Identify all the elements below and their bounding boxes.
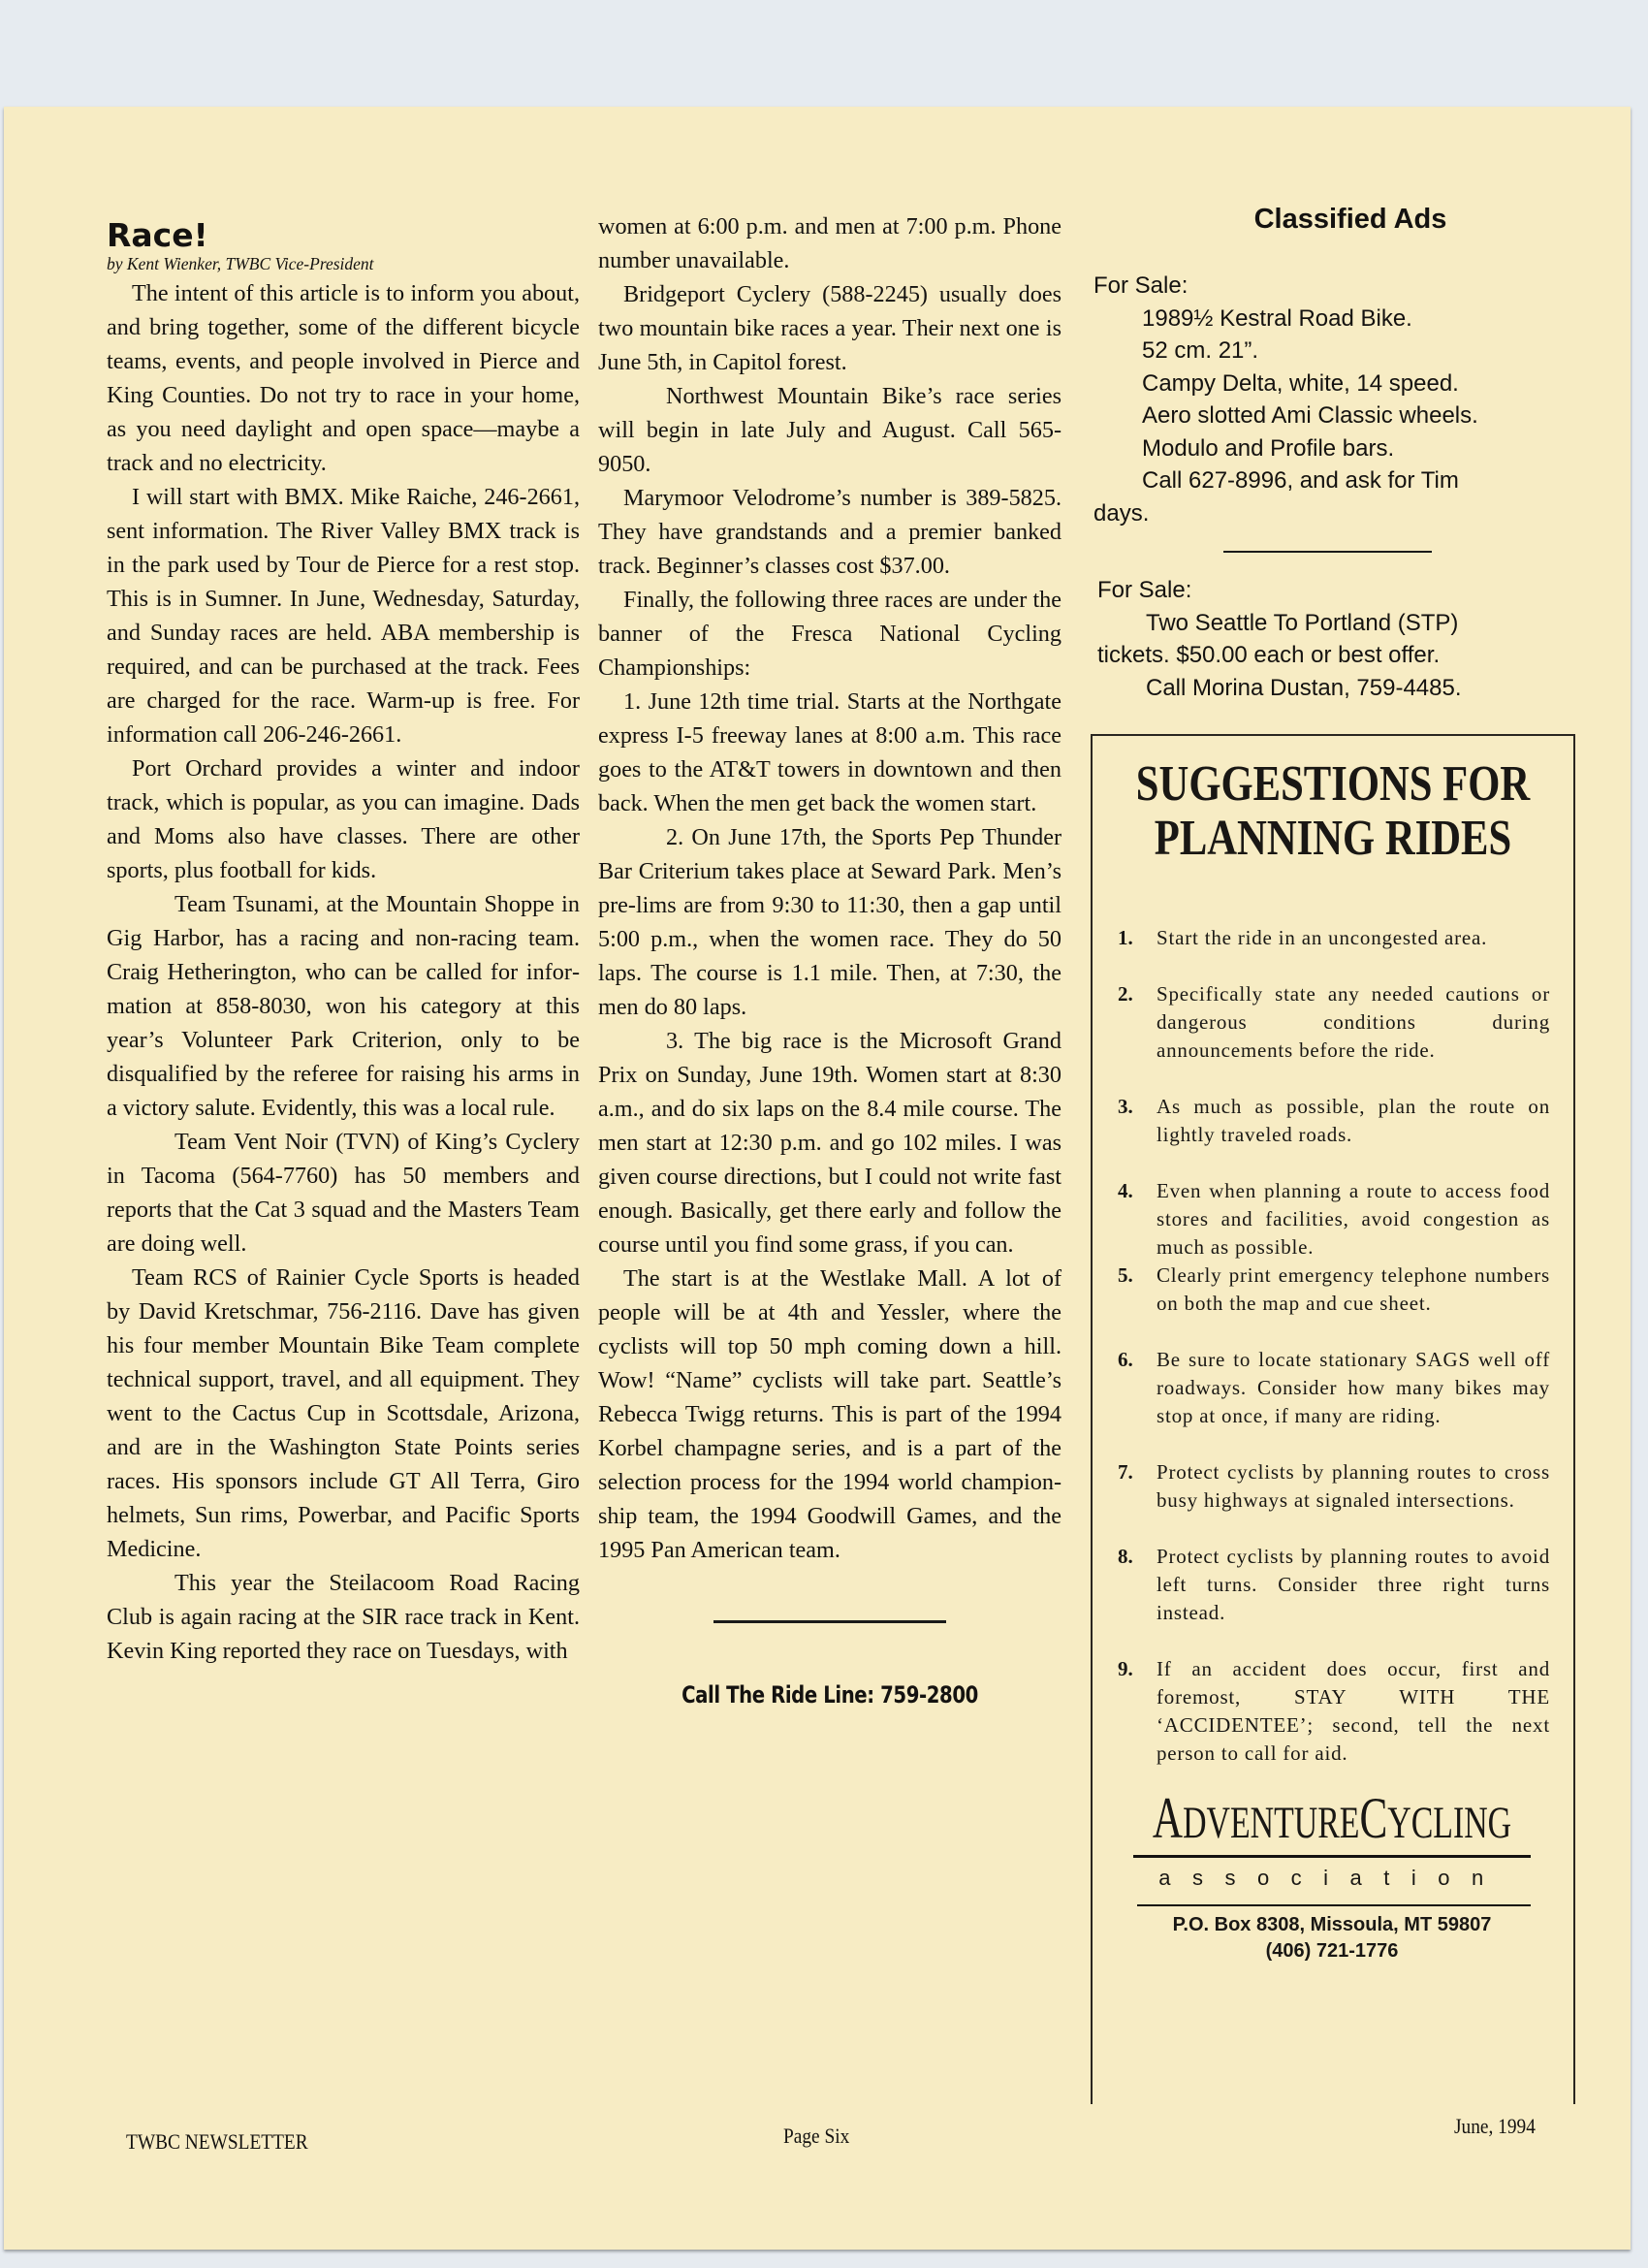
article-paragraph: Team Tsunami, at the Mountain Shoppe in … [107,887,580,1125]
ad-line: days. [1093,497,1578,530]
ad-line: Two Seattle To Portland (STP) [1097,607,1578,640]
suggestion-item: 8.Protect cyclists by planning routes to… [1118,1543,1550,1627]
logo-rule [1137,1904,1531,1906]
classifieds-title: Classified Ads [1093,204,1578,236]
classified-ads: Classified Ads For Sale: 1989½ Kestral R… [1093,204,1578,704]
adventure-cycling-logo: ADVENTURECYCLING association P.O. Box 83… [1093,1788,1573,1965]
ad-contact: Call 627-8996, and ask for Tim [1093,464,1578,497]
suggestion-number: 4. [1118,1177,1157,1262]
section-divider [713,1620,946,1623]
logo-rule [1133,1855,1531,1858]
article-paragraph: Northwest Mountain Bike’s race series wi… [598,379,1062,481]
footer-publication: TWBC NEWSLETTER [126,2129,308,2155]
ad-divider [1223,551,1432,553]
suggestion-item: 2.Specifically state any needed cau­tion… [1118,980,1550,1065]
suggestion-number: 7. [1118,1458,1157,1515]
suggestions-list: 1.Start the ride in an uncongested area.… [1093,924,1573,1768]
sponsor-phone: (406) 721-1776 [1133,1938,1531,1965]
suggestion-text: Be sure to locate stationary SAGS well o… [1157,1346,1550,1430]
wordmark-rest: DVENTURE [1183,1798,1359,1848]
article-paragraph: Team Vent Noir (TVN) of King’s Cyclery i… [107,1125,580,1261]
suggestion-text: Even when planning a route to access foo… [1157,1177,1550,1262]
suggestion-number: 9. [1118,1655,1157,1768]
suggestion-item: 5.Clearly print emergency telephone numb… [1118,1262,1550,1318]
suggestion-number: 1. [1118,924,1157,952]
race-list-item: 3. The big race is the Microsoft Grand P… [598,1024,1062,1262]
suggestions-title: SUGGESTIONS FOR PLANNING RIDES [1136,757,1531,866]
footer-date: June, 1994 [1454,2114,1536,2139]
article-paragraph: women at 6:00 p.m. and men at 7:00 p.m. … [598,209,1062,277]
article-byline: by Kent Wienker, TWBC Vice-President [107,253,580,274]
sponsor-address: P.O. Box 8308, Missoula, MT 59807 [1133,1912,1531,1938]
suggestion-text: Specifically state any needed cau­tions … [1157,980,1550,1065]
article-paragraph: Marymoor Velodrome’s number is 389-5825.… [598,481,1062,583]
ad-line: tickets. $50.00 each or best offer. [1097,639,1578,672]
ad-line: Campy Delta, white, 14 speed. [1093,367,1578,400]
classified-ad-stp-tickets: For Sale: Two Seattle To Portland (STP) … [1097,574,1578,704]
suggestion-item: 3.As much as possible, plan the route on… [1118,1093,1550,1149]
wordmark-rest: YCLING [1387,1798,1511,1848]
classified-ad-bike: For Sale: 1989½ Kestral Road Bike. 52 cm… [1093,270,1578,529]
suggestion-text: As much as possible, plan the route on l… [1157,1093,1550,1149]
ride-line-callout: Call The Ride Line: 759-2800 [640,1681,1020,1709]
race-list-item: 2. On June 17th, the Sports Pep Thunder … [598,820,1062,1024]
suggestion-text: Protect cyclists by planning routes to c… [1157,1458,1550,1515]
ad-heading: For Sale: [1093,270,1578,303]
suggestions-title-line: PLANNING RIDES [1136,812,1531,866]
suggestion-item: 9.If an accident does occur, first and f… [1118,1655,1550,1768]
suggestions-title-line: SUGGESTIONS FOR [1136,757,1531,812]
suggestion-item: 7.Protect cyclists by planning routes to… [1118,1458,1550,1515]
article-paragraph: Port Orchard provides a winter and indoo… [107,751,580,887]
wordmark-cap: A [1153,1786,1183,1850]
ad-line: Modulo and Profile bars. [1093,432,1578,465]
ad-heading: For Sale: [1097,574,1578,607]
suggestion-text: Clearly print emergency telephone number… [1157,1262,1550,1318]
article-title: Race! [107,218,580,253]
article-paragraph: Team RCS of Rainier Cycle Sports is head… [107,1261,580,1566]
article-paragraph: Bridgeport Cyclery (588-2245) usu­ally d… [598,277,1062,379]
adventure-cycling-wordmark: ADVENTURECYCLING [1147,1788,1517,1853]
ad-line: Aero slotted Ami Classic wheels. [1093,399,1578,432]
footer-page-number: Page Six [783,2124,849,2149]
suggestion-number: 3. [1118,1093,1157,1149]
article-paragraph: I will start with BMX. Mike Raiche, 246-… [107,480,580,751]
suggestion-item: 1.Start the ride in an uncongested area. [1118,924,1550,952]
suggestion-item: 6.Be sure to locate stationary SAGS well… [1118,1346,1550,1430]
logo-tagline: association [1133,1862,1531,1895]
suggestion-number: 5. [1118,1262,1157,1318]
suggestion-text: If an accident does occur, first and for… [1157,1655,1550,1768]
race-article-column-1: Race! by Kent Wienker, TWBC Vice-Preside… [107,218,580,1668]
wordmark-cap: C [1359,1786,1387,1850]
suggestion-number: 8. [1118,1543,1157,1627]
suggestion-item: 4.Even when planning a route to access f… [1118,1177,1550,1262]
ad-contact: Call Morina Dustan, 759-4485. [1097,672,1578,705]
suggestion-text: Start the ride in an uncongested area. [1157,924,1550,952]
ad-line: 1989½ Kestral Road Bike. [1093,303,1578,335]
article-paragraph: The start is at the Westlake Mall. A lot… [598,1262,1062,1567]
suggestions-box: SUGGESTIONS FOR PLANNING RIDES 1.Start t… [1091,734,1575,2104]
suggestion-text: Protect cyclists by planning routes to a… [1157,1543,1550,1627]
race-list-item: 1. June 12th time trial. Starts at the N… [598,685,1062,820]
ad-line: 52 cm. 21”. [1093,335,1578,367]
article-paragraph: This year the Steilacoom Road Racing Clu… [107,1566,580,1668]
article-paragraph: Finally, the following three races are u… [598,583,1062,685]
race-article-column-2: women at 6:00 p.m. and men at 7:00 p.m. … [598,209,1062,1709]
suggestion-number: 6. [1118,1346,1157,1430]
article-paragraph: The intent of this article is to inform … [107,276,580,480]
suggestion-number: 2. [1118,980,1157,1065]
